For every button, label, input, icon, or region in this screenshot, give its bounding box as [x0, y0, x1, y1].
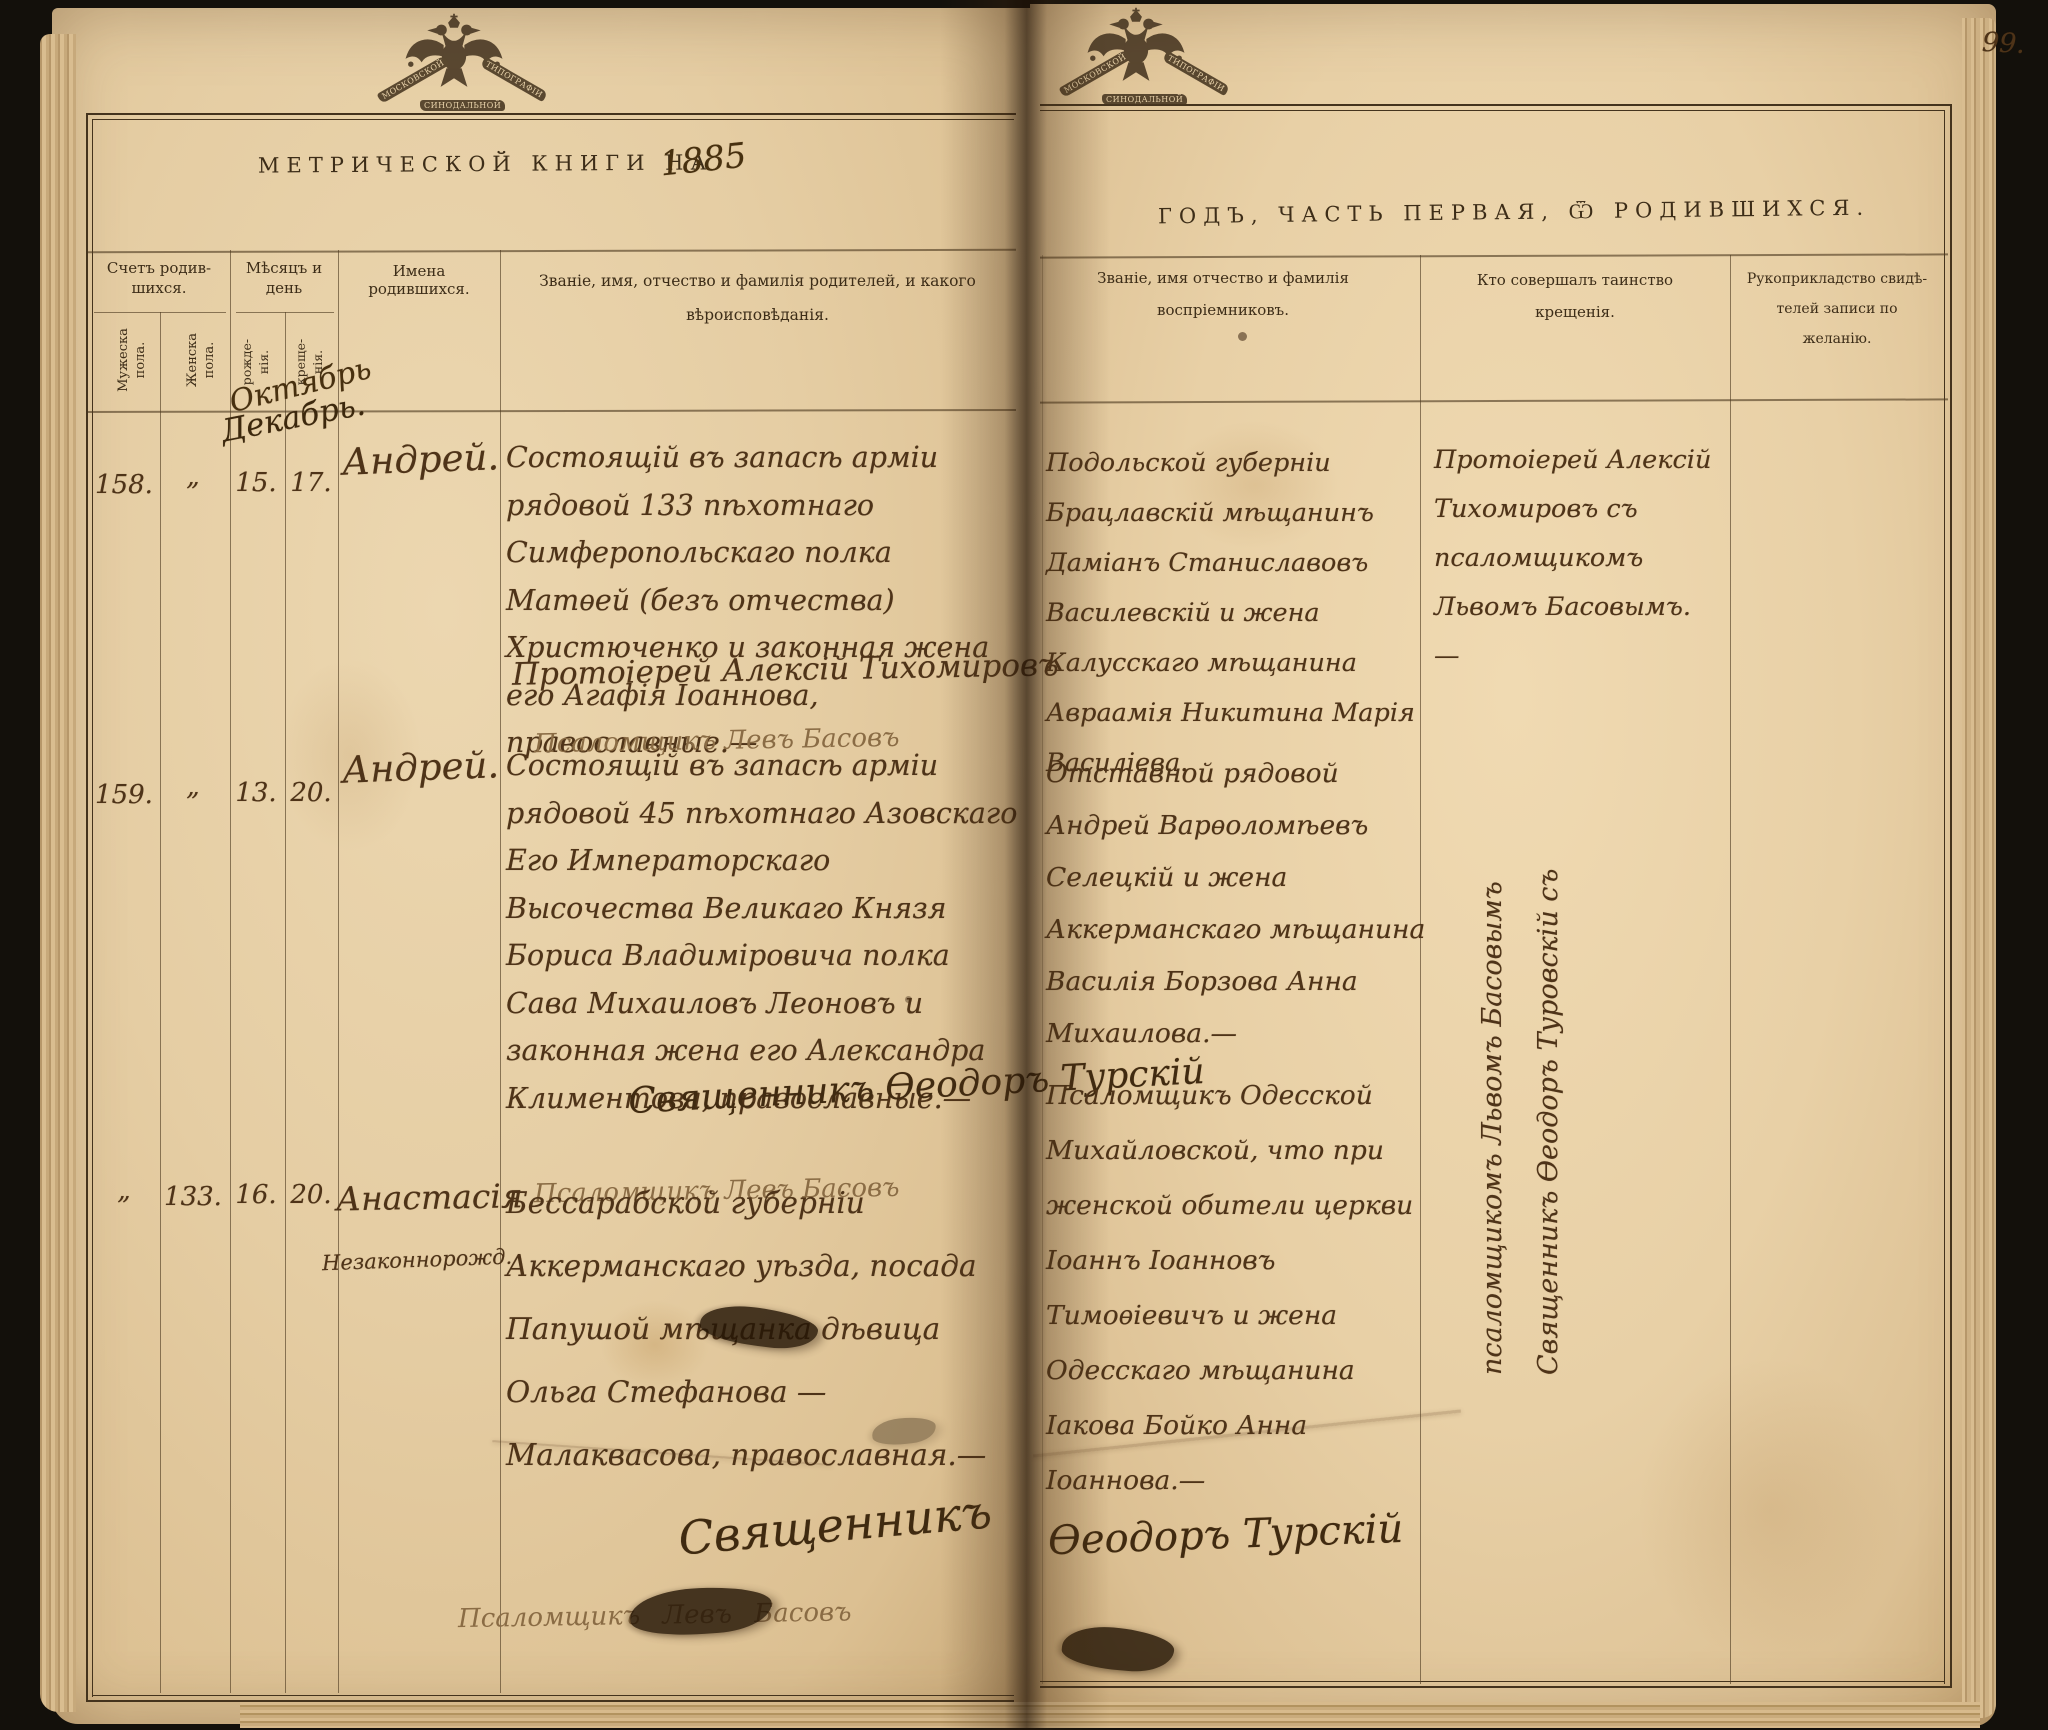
entry-row-male-number: 158. — [94, 470, 154, 500]
entry-child-name: Андрей. — [341, 435, 500, 483]
entry-row-male-number: 159. — [94, 780, 154, 810]
column-rule — [160, 312, 161, 1693]
entry-row-female-number: 133. — [164, 1182, 222, 1212]
page-frame — [1944, 110, 1945, 1684]
entry-row-birth-day: 13. — [232, 778, 280, 808]
page-frame — [1950, 104, 1952, 1688]
page-frame — [86, 113, 1016, 115]
entry-row-female-ditto: „ — [168, 772, 218, 802]
page-stack-edge-left — [40, 34, 76, 1712]
header-godparents: Званіе, имя отчество и фамилія воспріемн… — [1090, 262, 1356, 326]
synodal-typography-stamp-icon: МОСКОВСКОЙ СИНОДАЛЬНОЙ ТИПОГРАФІИ — [378, 12, 530, 124]
page-stack-edge-right — [1962, 18, 1996, 1718]
page-frame — [1040, 1681, 1945, 1682]
entry-officiant-vertical-text: Священникъ Ѳеодоръ Туровскій съ — [1533, 775, 1563, 1375]
entry-row-baptism-day: 20. — [288, 778, 334, 808]
header-names: Имена родившихся. — [340, 262, 498, 298]
entry-child-name: Андрей. — [341, 743, 500, 791]
page-frame — [92, 119, 93, 1697]
book-gutter-shadow — [940, 0, 1110, 1730]
entry-row-female-ditto: „ — [168, 462, 218, 492]
stamp-ribbon-text: СИНОДАЛЬНОЙ — [420, 100, 505, 111]
entry-row-male-ditto: „ — [94, 1176, 154, 1206]
page-frame — [92, 1695, 1014, 1696]
header-count-female: Женска пола. — [184, 315, 202, 405]
page-frame — [86, 113, 88, 1702]
column-rule — [285, 312, 286, 1693]
column-rule — [1730, 255, 1731, 1684]
entry-officiant-text: Протоіерей Алексій Тихомировъ съ псаломщ… — [1434, 436, 1714, 681]
entry-row-baptism-day: 20. — [288, 1180, 334, 1210]
stamp-ribbon-text: СИНОДАЛЬНОЙ — [1102, 94, 1187, 105]
column-rule — [230, 250, 231, 1693]
header-parents: Званіе, имя, отчество и фамилія родителе… — [505, 264, 1010, 332]
page-frame — [86, 1700, 1014, 1702]
header-witnesses: Рукоприкладство свидѣ-телей записи по же… — [1742, 264, 1932, 354]
column-rule — [338, 250, 339, 1693]
header-officiant: Кто совершалъ таинство крещенія. — [1452, 264, 1698, 328]
header-month-group: Мѣсяцъ и день — [234, 258, 334, 298]
page-frame — [92, 119, 1014, 120]
left-page-title: МЕТРИЧЕСКОЙ КНИГИ НА — [258, 150, 714, 177]
entry-child-name: Анастасія — [336, 1177, 505, 1219]
register-spread-scan: МОСКОВСКОЙ СИНОДАЛЬНОЙ ТИПОГРАФІИ МОСКОВ… — [0, 0, 2048, 1730]
header-count-male: Мужеска пола. — [115, 315, 133, 405]
entry-officiant-vertical-text: псаломщикомъ Львомъ Басовымъ — [1477, 775, 1507, 1375]
entry-row-birth-day: 16. — [232, 1180, 280, 1210]
entry-row-birth-day: 15. — [232, 468, 280, 498]
header-count-group: Счетъ родив-шихся. — [92, 258, 226, 298]
page-stack-edge-bottom — [240, 1702, 1980, 1728]
page-number: 99. — [1981, 27, 2026, 60]
entry-row-baptism-day: 17. — [288, 468, 334, 498]
page-frame — [1040, 1686, 1952, 1688]
